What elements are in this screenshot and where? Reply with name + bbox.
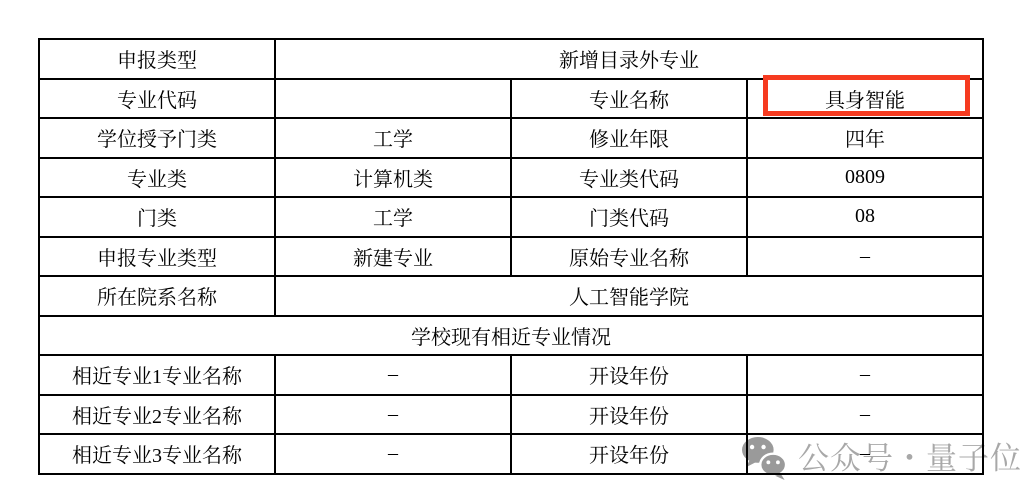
cell-similar-major-2-name-label: 相近专业2专业名称	[39, 395, 275, 435]
cell-department-name-label: 所在院系名称	[39, 276, 275, 316]
cell-discipline-category-code-value: 08	[747, 197, 983, 237]
cell-similar-major-2-name-value: –	[275, 395, 511, 435]
table-row: 学位授予门类 工学 修业年限 四年	[39, 118, 983, 158]
page: 公众号・量子位 申报类型 新增目录外专业 专业代码 专业名称 具身智能 学位授予…	[0, 0, 1034, 494]
application-form-table: 申报类型 新增目录外专业 专业代码 专业名称 具身智能 学位授予门类 工学 修业…	[38, 38, 984, 475]
cell-major-class-value: 计算机类	[275, 158, 511, 198]
cell-major-class-code-value: 0809	[747, 158, 983, 198]
cell-similar-major-1-name-value: –	[275, 355, 511, 395]
cell-similar-major-3-year-label: 开设年份	[511, 434, 747, 474]
cell-discipline-category-label: 门类	[39, 197, 275, 237]
table-row: 相近专业3专业名称 – 开设年份 –	[39, 434, 983, 474]
table-row: 相近专业2专业名称 – 开设年份 –	[39, 395, 983, 435]
cell-major-name-value: 具身智能	[747, 79, 983, 119]
cell-similar-major-1-year-value: –	[747, 355, 983, 395]
cell-similar-major-1-year-label: 开设年份	[511, 355, 747, 395]
cell-original-major-name-label: 原始专业名称	[511, 237, 747, 277]
cell-similar-major-2-year-value: –	[747, 395, 983, 435]
cell-original-major-name-value: –	[747, 237, 983, 277]
cell-similar-major-2-year-label: 开设年份	[511, 395, 747, 435]
major-name-text: 具身智能	[825, 90, 905, 112]
cell-major-class-label: 专业类	[39, 158, 275, 198]
cell-similar-major-3-name-value: –	[275, 434, 511, 474]
table-row: 专业类 计算机类 专业类代码 0809	[39, 158, 983, 198]
cell-department-name-value: 人工智能学院	[275, 276, 983, 316]
cell-application-type-value: 新增目录外专业	[275, 39, 983, 79]
table-row: 学校现有相近专业情况	[39, 316, 983, 356]
table-row: 申报类型 新增目录外专业	[39, 39, 983, 79]
table-row: 相近专业1专业名称 – 开设年份 –	[39, 355, 983, 395]
cell-similar-majors-section-header: 学校现有相近专业情况	[39, 316, 983, 356]
table-row: 专业代码 专业名称 具身智能	[39, 79, 983, 119]
cell-study-duration-value: 四年	[747, 118, 983, 158]
cell-discipline-category-code-label: 门类代码	[511, 197, 747, 237]
cell-major-code-label: 专业代码	[39, 79, 275, 119]
cell-similar-major-3-name-label: 相近专业3专业名称	[39, 434, 275, 474]
cell-similar-major-1-name-label: 相近专业1专业名称	[39, 355, 275, 395]
cell-similar-major-3-year-value: –	[747, 434, 983, 474]
table-row: 申报专业类型 新建专业 原始专业名称 –	[39, 237, 983, 277]
cell-application-type-label: 申报类型	[39, 39, 275, 79]
cell-application-major-type-value: 新建专业	[275, 237, 511, 277]
cell-major-name-label: 专业名称	[511, 79, 747, 119]
cell-major-class-code-label: 专业类代码	[511, 158, 747, 198]
cell-study-duration-label: 修业年限	[511, 118, 747, 158]
cell-degree-category-value: 工学	[275, 118, 511, 158]
table-row: 门类 工学 门类代码 08	[39, 197, 983, 237]
table-row: 所在院系名称 人工智能学院	[39, 276, 983, 316]
cell-major-code-value	[275, 79, 511, 119]
cell-discipline-category-value: 工学	[275, 197, 511, 237]
cell-degree-category-label: 学位授予门类	[39, 118, 275, 158]
cell-application-major-type-label: 申报专业类型	[39, 237, 275, 277]
